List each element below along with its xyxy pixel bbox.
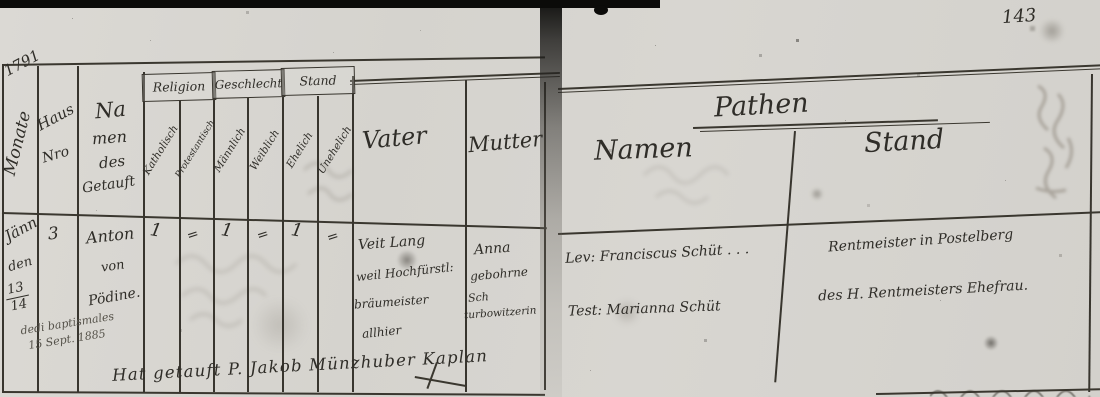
record-house-number: 3 (47, 226, 59, 244)
subcol-weiblich: Weiblich (233, 103, 297, 197)
haus-header: Haus (35, 102, 77, 134)
scan-edge-notch (594, 5, 608, 15)
record-father: bräumeister (354, 293, 429, 310)
table-rule (558, 64, 1100, 90)
namen-header-line: des (98, 154, 126, 172)
pathen-stand-header: Stand (863, 126, 944, 157)
religion-label: Religion (153, 80, 206, 94)
record-month: Jänn (2, 215, 39, 244)
subcol-maennlich: Männlich (198, 103, 262, 197)
table-rule (179, 100, 181, 392)
stain (983, 336, 999, 350)
record-father: allhier (361, 324, 401, 340)
record-mother: gebohrne (470, 265, 529, 282)
table-rule (558, 68, 1100, 93)
stain (1038, 20, 1066, 42)
book-gutter-shadow (540, 0, 562, 397)
mutter-header: Mutter (467, 129, 543, 156)
godparent-levans: Lev: Franciscus Schüt . . . (565, 242, 750, 266)
scan-edge-strip (0, 0, 660, 8)
mark-unehelich: = (325, 229, 340, 246)
mark-ehelich: 1 (290, 221, 304, 241)
record-mother: Sch (468, 291, 490, 304)
record-child-name: von (100, 258, 125, 274)
record-father: weil Hochfürstl: (356, 261, 454, 283)
nro-header: Nro (41, 144, 71, 165)
monate-header: Monate (1, 107, 34, 179)
table-rule (317, 96, 319, 392)
religion-group-header: Religion (142, 72, 217, 102)
stain (810, 188, 824, 200)
table-rule (465, 80, 467, 392)
table-rule (247, 98, 249, 392)
namen-header-line: men (91, 129, 127, 147)
godparent-stand-line: des H. Rentmeisters Ehefrau. (818, 279, 1029, 304)
record-child-name: Pödine. (87, 286, 141, 309)
subcol-katholisch: Katholisch (129, 103, 193, 197)
record-mother: Anna (474, 241, 511, 258)
godparent-stand-line: Rentmeister in Postelberg (828, 228, 1014, 255)
bleed-through-marks (930, 389, 1100, 397)
namen-header-line: Getauft (81, 174, 136, 195)
pathen-header: Pathen (713, 90, 809, 122)
record-day-bottom: 14 (6, 296, 31, 315)
stand-group-header: Stand (281, 66, 356, 96)
geschlecht-group-header: Geschlecht (212, 69, 286, 99)
flourish-strike (415, 376, 467, 387)
record-month-den: den (7, 255, 34, 274)
bleed-through-marks (1028, 78, 1092, 218)
bleed-through-marks (170, 240, 320, 330)
table-rule (774, 131, 796, 382)
godparent-testis: Test: Marianna Schüt (568, 299, 721, 318)
record-father: Veit Lang (358, 234, 426, 253)
page-number: 143 (1001, 7, 1037, 27)
pathen-namen-header: Namen (594, 134, 694, 164)
table-rule (2, 391, 545, 395)
record-mother: turbowitzerin (464, 305, 537, 321)
record-day-fraction: 13 14 (3, 279, 32, 315)
namen-header-line: Na (94, 99, 127, 123)
mark-katholisch: 1 (149, 221, 163, 241)
table-rule (143, 72, 145, 392)
vater-header: Vater (361, 123, 428, 153)
scanned-baptism-register: Religion Geschlecht Stand Katholisch Pro… (0, 0, 1100, 397)
stand-label: Stand (299, 74, 336, 87)
table-rule (2, 56, 545, 66)
mark-maennlich: 1 (220, 221, 234, 241)
record-child-name: Anton (85, 226, 135, 247)
table-rule (558, 211, 1100, 235)
geschlecht-label: Geschlecht (215, 77, 283, 91)
